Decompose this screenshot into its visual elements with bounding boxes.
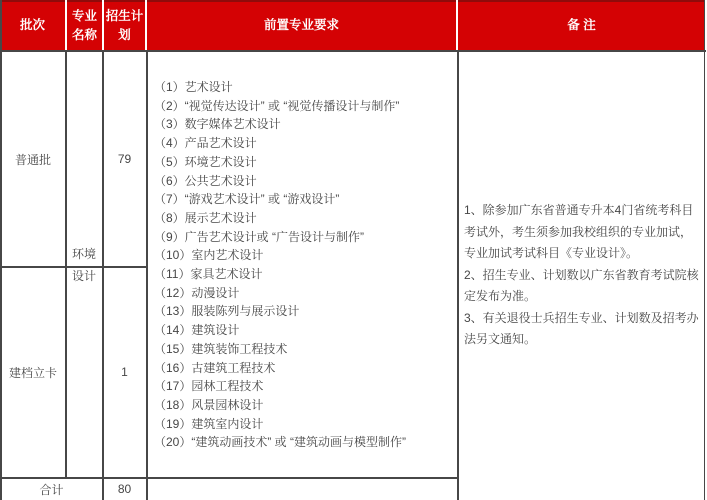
- cell-total-plan: 80: [103, 478, 146, 500]
- header-separator: [65, 0, 67, 51]
- prereq-item: （12）动漫设计: [154, 284, 453, 303]
- prereq-item: （18）风景园林设计: [154, 396, 453, 415]
- prereq-item: （14）建筑设计: [154, 321, 453, 340]
- remark-item: 3、有关退役士兵招生专业、计划数及招考办法另文通知。: [464, 308, 701, 351]
- prerequisite-list: （1）艺术设计（2）“视觉传达设计” 或 “视觉传播设计与制作”（3）数字媒体艺…: [147, 51, 457, 477]
- header-major-name: 专业名称: [67, 0, 102, 51]
- prereq-item: （15）建筑装饰工程技术: [154, 340, 453, 359]
- prereq-item: （11）家具艺术设计: [154, 265, 453, 284]
- header-prerequisites: 前置专业要求: [147, 0, 456, 51]
- prereq-item: （16）古建筑工程技术: [154, 359, 453, 378]
- cell-major-name: 环境设计: [66, 52, 102, 477]
- prereq-item: （19）建筑室内设计: [154, 415, 453, 434]
- prereq-item: （3）数字媒体艺术设计: [154, 115, 453, 134]
- remarks-block: 1、除参加广东省普通专升本4门省统考科目考试外，考生须参加我校组织的专业加试，专…: [458, 51, 704, 500]
- header-separator: [145, 0, 147, 51]
- header-enrollment-plan: 招生计划: [104, 0, 145, 51]
- cell-total-label: 合计: [1, 478, 102, 500]
- major-name-text: 环境设计: [71, 243, 97, 287]
- enrollment-plan-table: 批次 专业名称 招生计划 前置专业要求 备 注 普通批 建档立卡 环境设计 79…: [0, 0, 707, 500]
- header-batch: 批次: [0, 0, 65, 51]
- remark-item: 1、除参加广东省普通专升本4门省统考科目考试外，考生须参加我校组织的专业加试，专…: [464, 200, 701, 265]
- prereq-item: （6）公共艺术设计: [154, 172, 453, 191]
- prereq-item: （4）产品艺术设计: [154, 134, 453, 153]
- cell-plan-regular: 79: [103, 52, 146, 266]
- prereq-item: （17）园林工程技术: [154, 377, 453, 396]
- prereq-item: （13）服装陈列与展示设计: [154, 302, 453, 321]
- header-separator: [456, 0, 458, 51]
- remark-item: 2、招生专业、计划数以广东省教育考试院核定发布为准。: [464, 265, 701, 308]
- prereq-item: （9）广告艺术设计或 “广告设计与制作”: [154, 228, 453, 247]
- header-remarks: 备 注: [458, 0, 705, 51]
- cell-poverty-batch: 建档立卡: [1, 267, 65, 477]
- cell-regular-batch: 普通批: [1, 52, 65, 266]
- prereq-item: （8）展示艺术设计: [154, 209, 453, 228]
- prereq-item: （5）环境艺术设计: [154, 153, 453, 172]
- prereq-item: （2）“视觉传达设计” 或 “视觉传播设计与制作”: [154, 97, 453, 116]
- prereq-item: （7）“游戏艺术设计” 或 “游戏设计”: [154, 190, 453, 209]
- header-separator: [102, 0, 104, 51]
- prereq-item: （20）“建筑动画技术” 或 “建筑动画与模型制作”: [154, 433, 453, 452]
- cell-plan-poverty: 1: [103, 267, 146, 477]
- prereq-item: （1）艺术设计: [154, 78, 453, 97]
- prereq-item: （10）室内艺术设计: [154, 246, 453, 265]
